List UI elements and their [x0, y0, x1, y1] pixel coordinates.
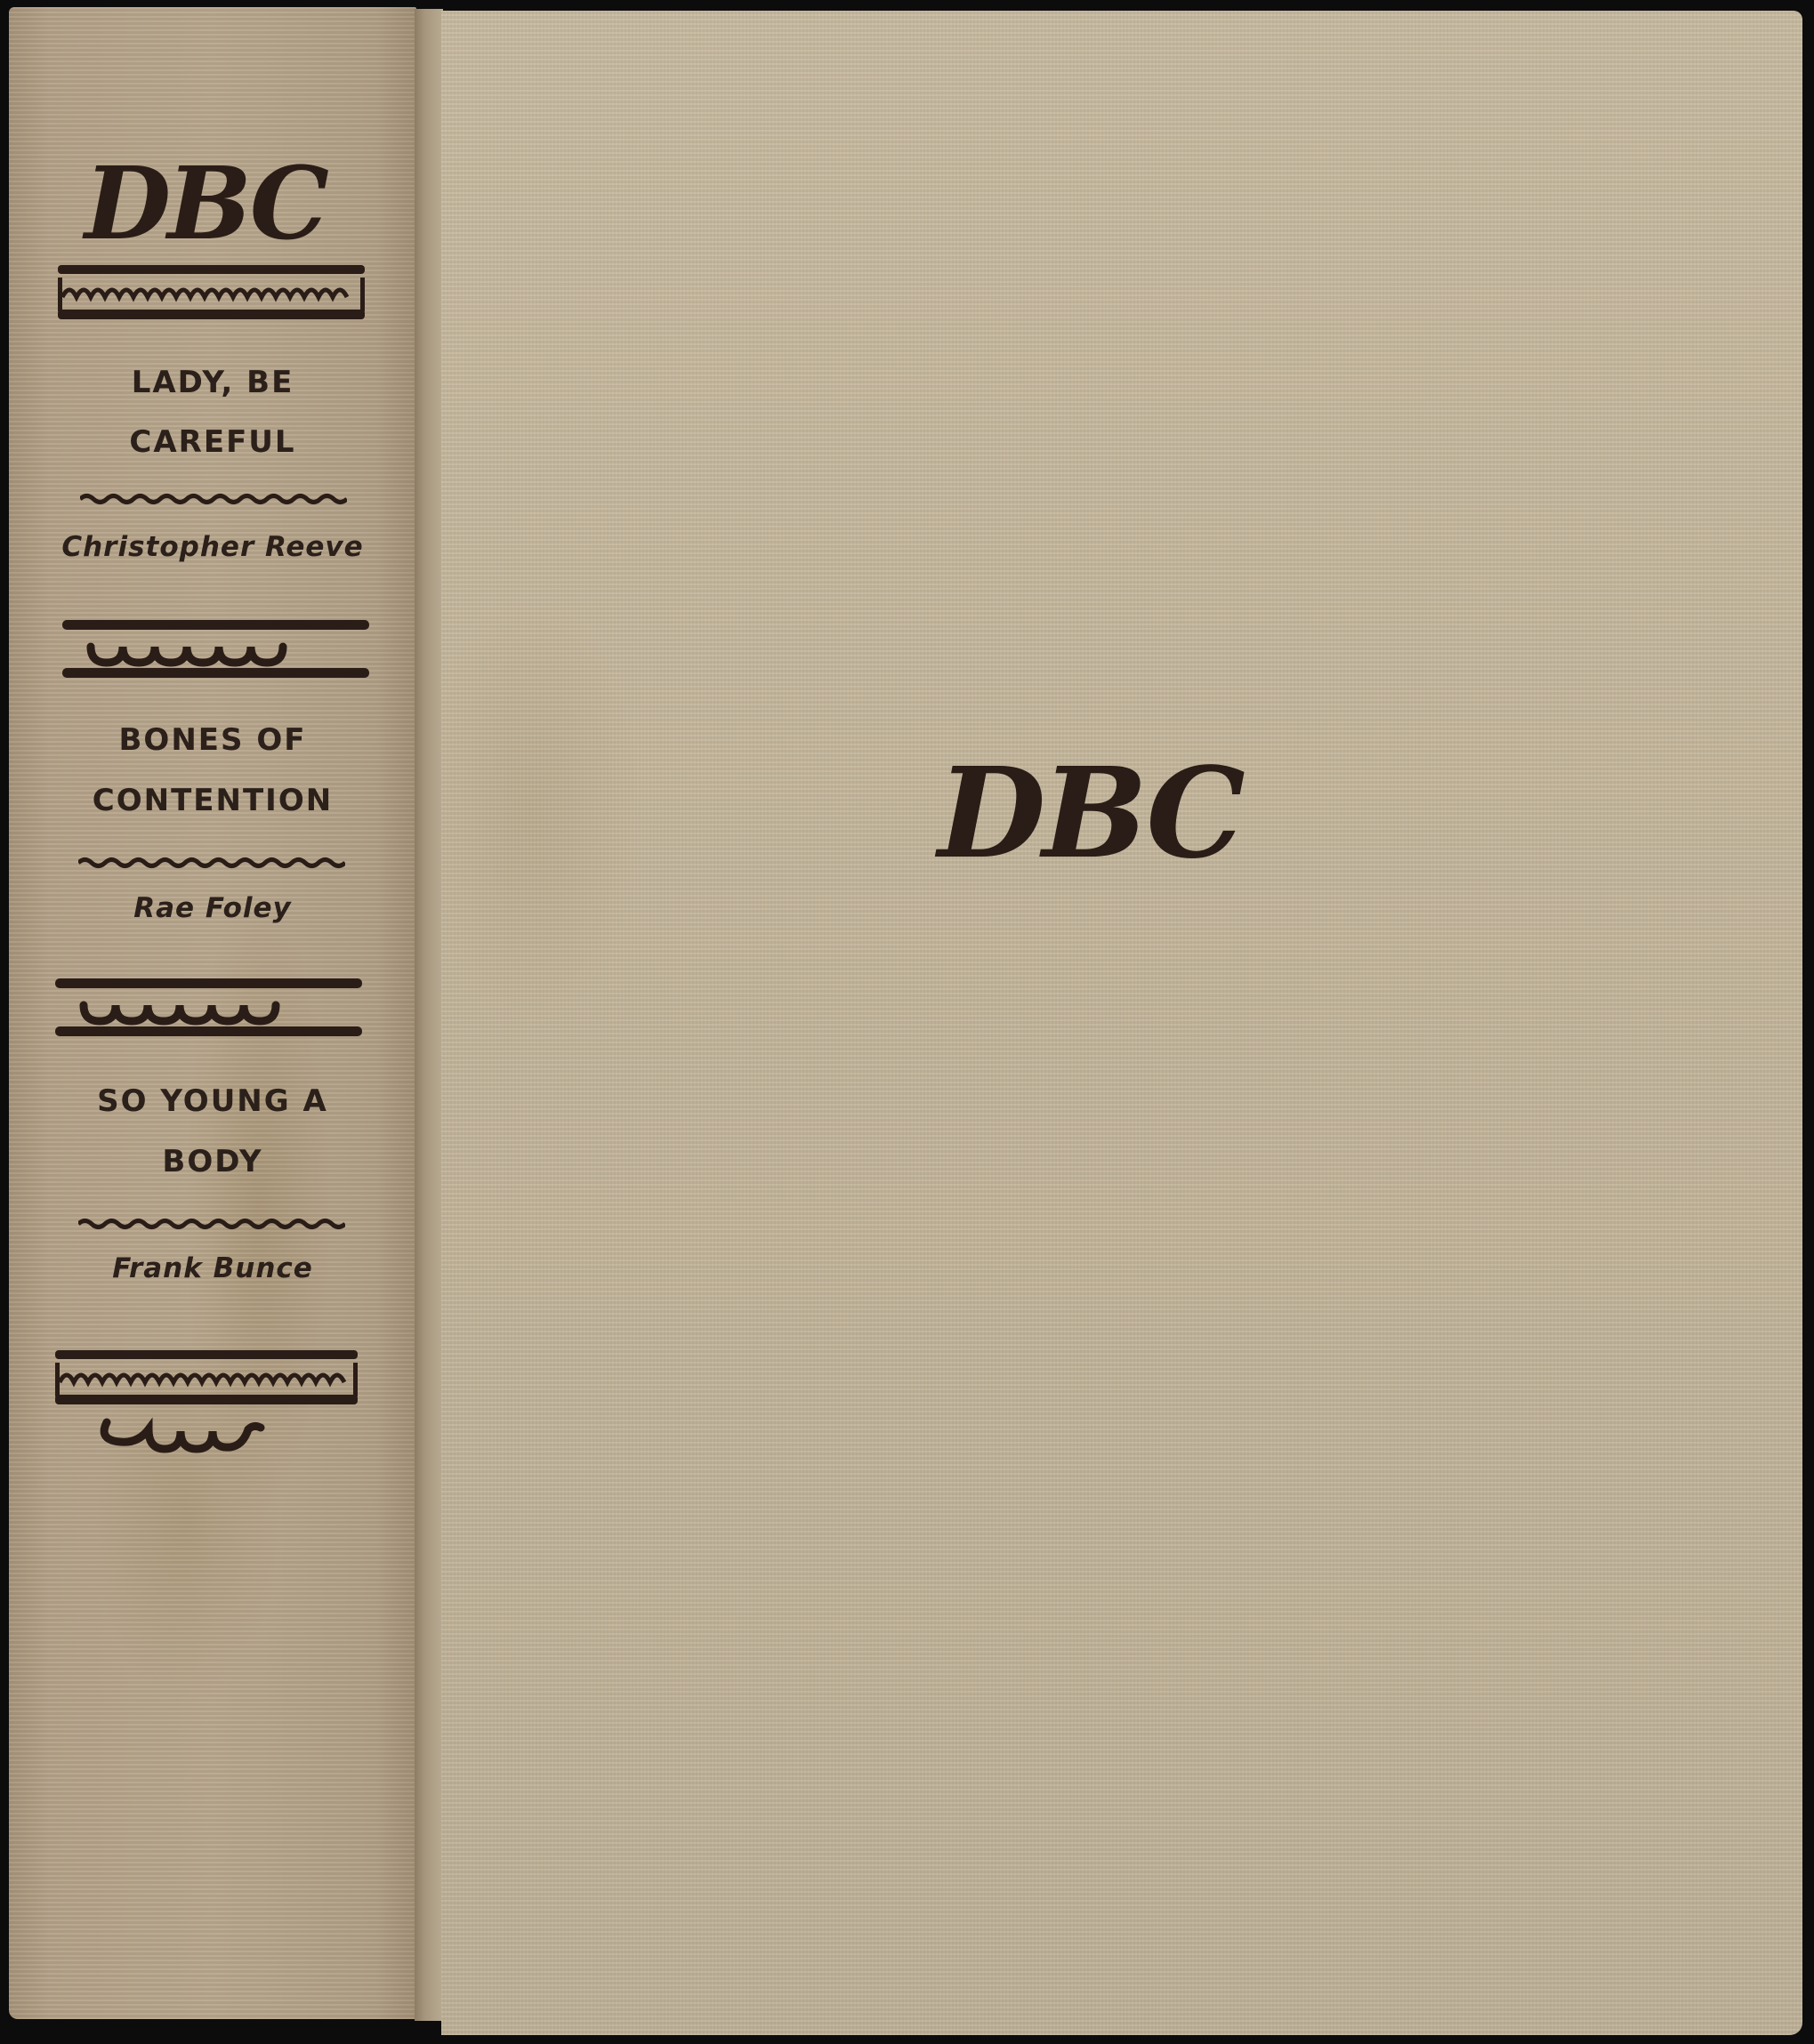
spine-author-1: Christopher Reeve — [9, 531, 416, 563]
spine-ornament-band-3 — [55, 978, 362, 1037]
spine-ornament-band-top — [58, 265, 365, 320]
wavy-rule-icon — [78, 1217, 345, 1231]
spine-ornament-band-2 — [62, 620, 369, 679]
wavy-rule-icon — [78, 856, 345, 870]
spine-title-3-line-1: SO YOUNG A — [9, 1083, 416, 1119]
spine-ornament-band-bottom — [55, 1350, 358, 1405]
spine-scroll-ornament-icon — [98, 1410, 311, 1454]
book-photo: DBC LADY, BE CAREFUL Christopher Reeve B… — [0, 0, 1814, 2044]
spine-monogram: DBC — [85, 151, 325, 258]
spine-author-3: Frank Bunce — [9, 1252, 416, 1284]
front-cover — [441, 11, 1802, 2035]
spine-hinge — [415, 9, 443, 2021]
spine-title-2-line-2: CONTENTION — [9, 783, 416, 818]
wavy-rule-icon — [80, 492, 347, 506]
spine-title-1-line-1: LADY, BE — [9, 365, 416, 400]
spine-title-2-line-1: BONES OF — [9, 722, 416, 758]
spine-title-3-line-2: BODY — [9, 1144, 416, 1179]
cover-monogram: DBC — [934, 747, 1246, 881]
spine-author-2: Rae Foley — [9, 892, 416, 924]
spine-title-1-line-2: CAREFUL — [9, 424, 416, 460]
